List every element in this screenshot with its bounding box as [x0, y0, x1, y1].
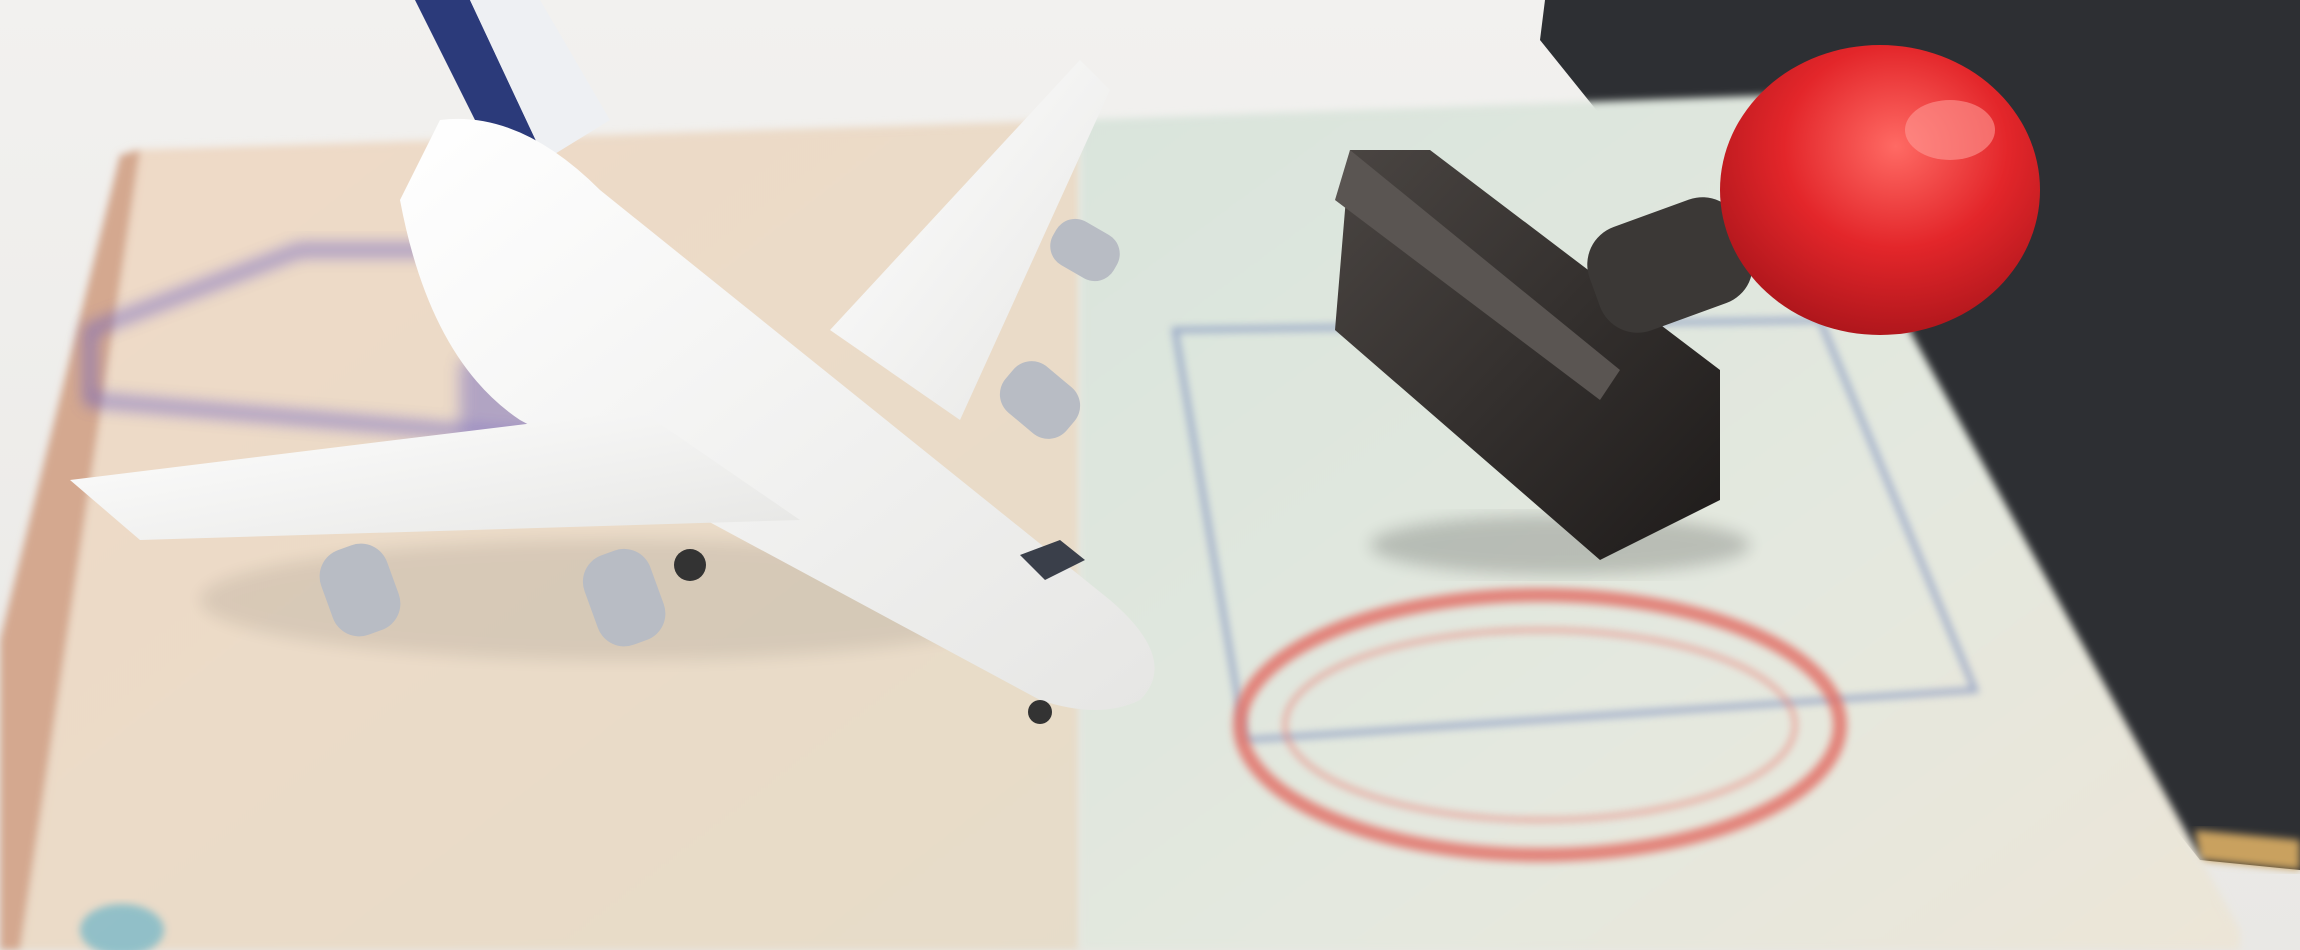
photo-scene: Toy white passenger airplane resting on … [0, 0, 2300, 950]
photo-illustration [0, 0, 2300, 950]
